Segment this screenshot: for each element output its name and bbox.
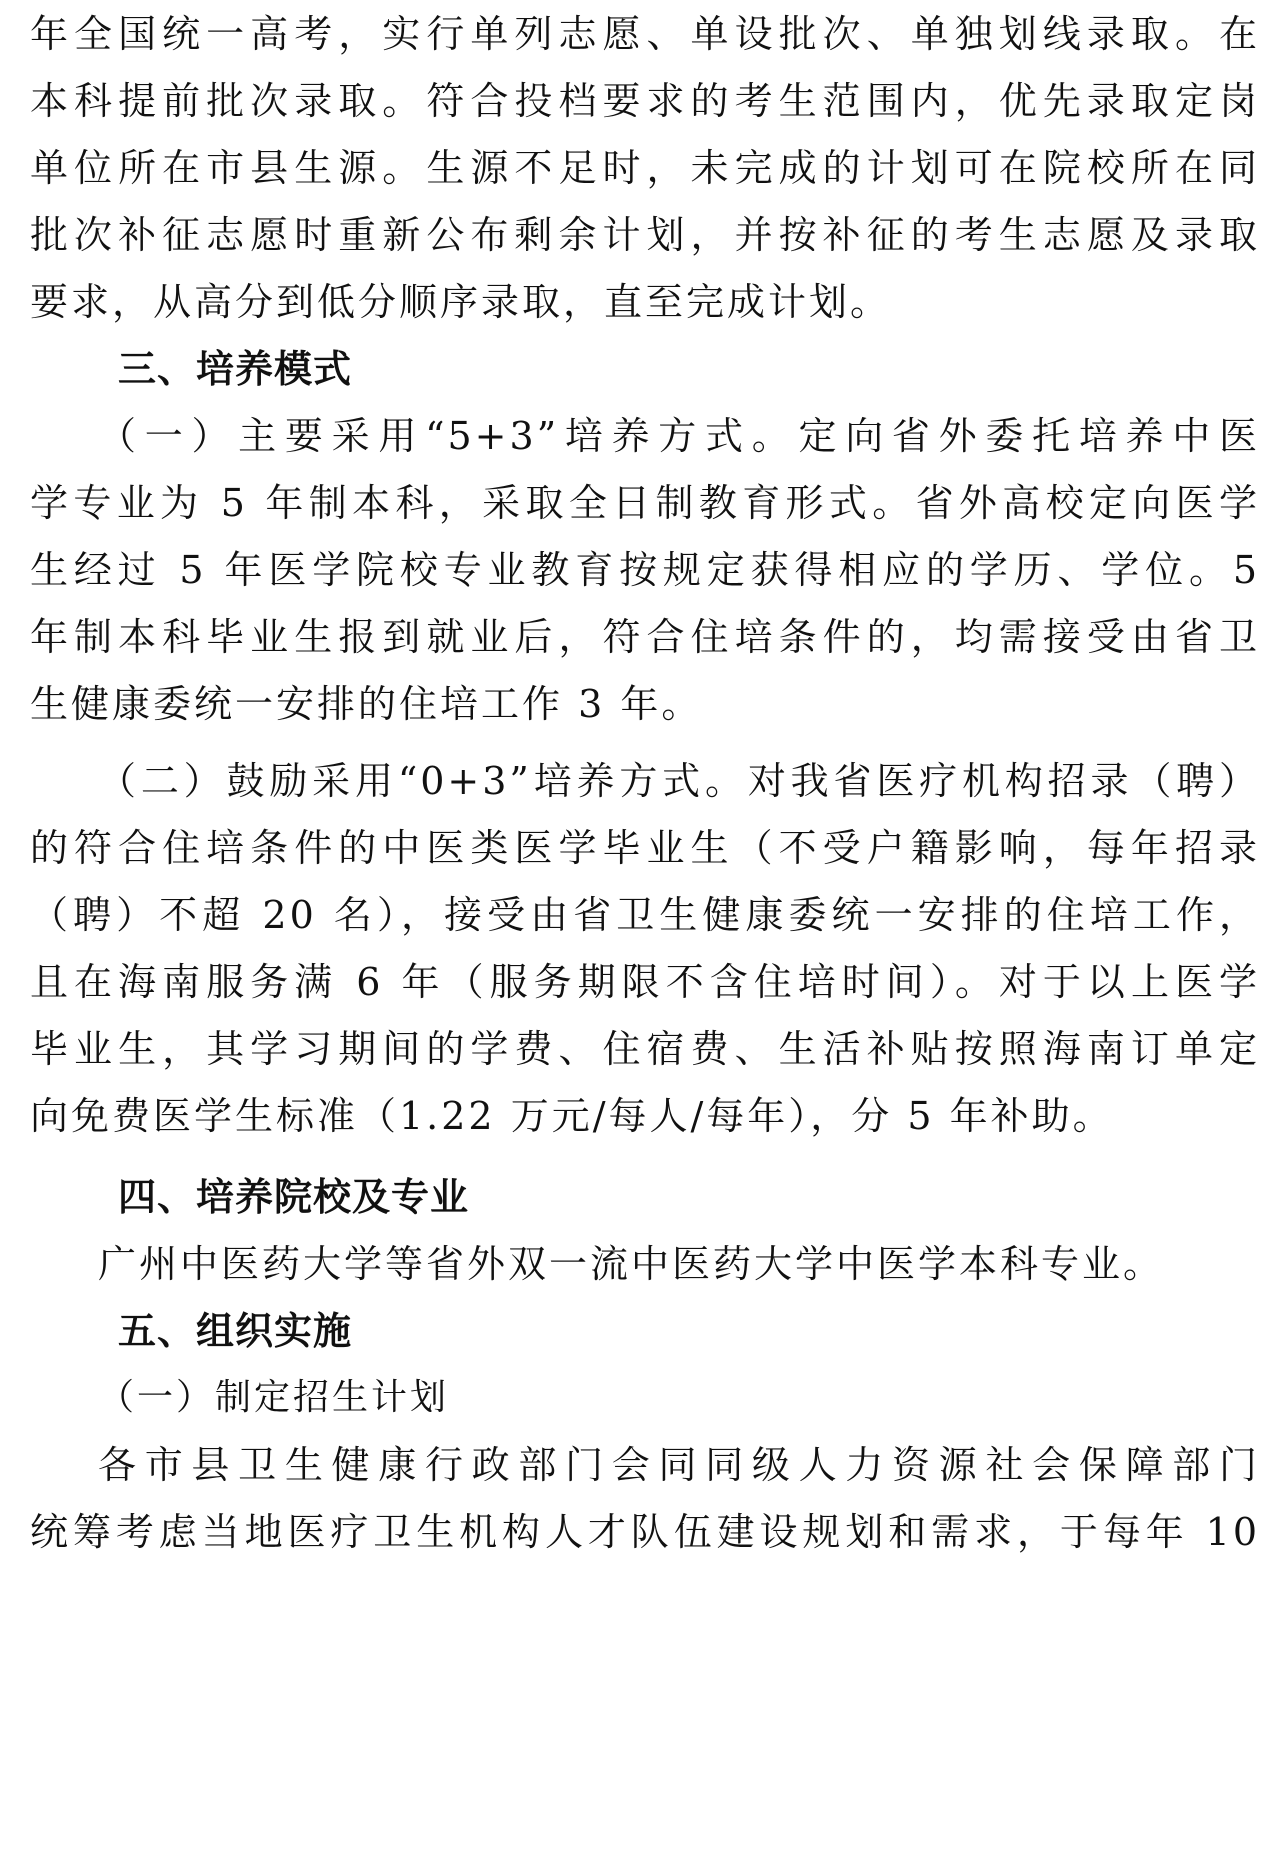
section-heading-training-mode: 三、培养模式 (118, 345, 352, 393)
paragraph-line: 毕业生，其学习期间的学费、住宿费、生活补贴按照海南订单定 (30, 1025, 1260, 1073)
paragraph-line: 批次补征志愿时重新公布剩余计划，并按补征的考生志愿及录取 (30, 211, 1260, 259)
paragraph-line: （一）主要采用“5+3”培养方式。定向省外委托培养中医 (98, 412, 1260, 460)
paragraph-line: 学专业为 5 年制本科，采取全日制教育形式。省外高校定向医学 (30, 479, 1260, 527)
paragraph-line: 单位所在市县生源。生源不足时，未完成的计划可在院校所在同 (30, 144, 1260, 192)
paragraph-line: 生健康委统一安排的住培工作 3 年。 (30, 680, 1260, 728)
paragraph-line: 年全国统一高考，实行单列志愿、单设批次、单独划线录取。在 (30, 10, 1260, 58)
document-page: 年全国统一高考，实行单列志愿、单设批次、单独划线录取。在 本科提前批次录取。符合… (0, 0, 1280, 1864)
paragraph-line: 向免费医学生标准（1.22 万元/每人/每年），分 5 年补助。 (30, 1092, 1260, 1140)
paragraph-line: 年制本科毕业生报到就业后，符合住培条件的，均需接受由省卫 (30, 613, 1260, 661)
paragraph-line: 统筹考虑当地医疗卫生机构人才队伍建设规划和需求，于每年 10 (30, 1508, 1260, 1556)
section-heading-implementation: 五、组织实施 (118, 1307, 352, 1355)
paragraph-line: 要求，从高分到低分顺序录取，直至完成计划。 (30, 278, 1260, 326)
paragraph-line: 各市县卫生健康行政部门会同同级人力资源社会保障部门 (98, 1441, 1260, 1489)
paragraph-line: 本科提前批次录取。符合投档要求的考生范围内，优先录取定岗 (30, 77, 1260, 125)
paragraph-line: 且在海南服务满 6 年（服务期限不含住培时间）。对于以上医学 (30, 958, 1260, 1006)
paragraph-line: （聘）不超 20 名），接受由省卫生健康委统一安排的住培工作， (30, 891, 1260, 939)
paragraph-line: 广州中医药大学等省外双一流中医药大学中医学本科专业。 (98, 1240, 1260, 1288)
paragraph-line: 生经过 5 年医学院校专业教育按规定获得相应的学历、学位。5 (30, 546, 1260, 594)
paragraph-line: 的符合住培条件的中医类医学毕业生（不受户籍影响，每年招录 (30, 824, 1260, 872)
subsection-title-enrollment-plan: （一）制定招生计划 (98, 1374, 1260, 1422)
paragraph-line: （二）鼓励采用“0+3”培养方式。对我省医疗机构招录（聘） (98, 757, 1260, 805)
section-heading-schools-majors: 四、培养院校及专业 (118, 1173, 469, 1221)
